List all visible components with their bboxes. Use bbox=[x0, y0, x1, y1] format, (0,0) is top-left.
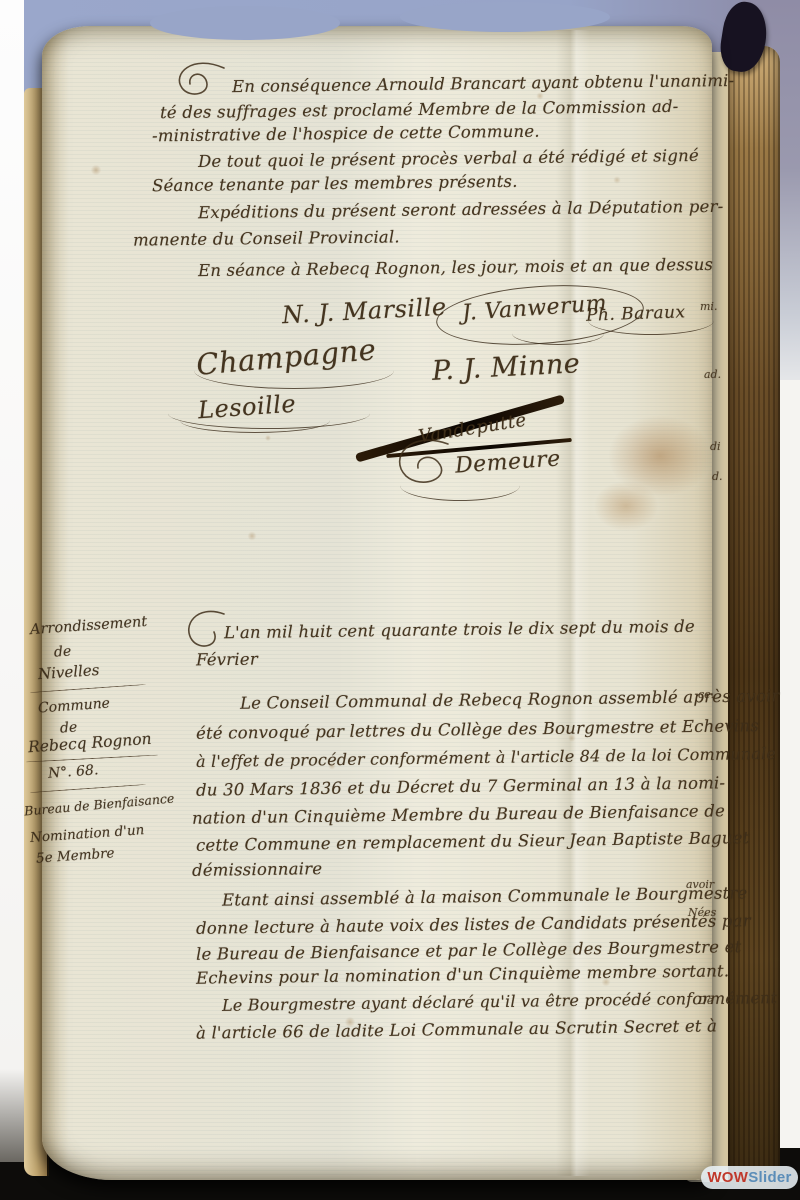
signature-flourish bbox=[180, 408, 330, 433]
edge-text-fragment: ce. bbox=[698, 688, 714, 701]
watermark-wow-label: WOW bbox=[707, 1169, 748, 1186]
watermark-slider-label: Slider bbox=[748, 1169, 791, 1186]
text-line: manente du Conseil Provincial. bbox=[133, 227, 400, 249]
signature-flourish bbox=[588, 306, 714, 335]
signature-flourish bbox=[194, 352, 394, 389]
page-top-wave bbox=[400, 2, 610, 32]
photograph-of-manuscript: En conséquence Arnould Brancart ayant ob… bbox=[0, 0, 800, 1200]
page-top-wave bbox=[150, 6, 340, 40]
text-line: Février bbox=[196, 650, 258, 670]
wowslider-watermark[interactable]: WOWSlider bbox=[701, 1166, 798, 1189]
book-fore-edge bbox=[728, 46, 780, 1188]
edge-text-fragment: mi. bbox=[700, 300, 717, 313]
signature-flourish bbox=[400, 470, 520, 501]
edge-text-fragment: ad. bbox=[704, 368, 721, 381]
signature-flourish bbox=[512, 322, 604, 345]
edge-text-fragment: Nées bbox=[688, 906, 716, 919]
edge-text-fragment: avoir bbox=[686, 878, 714, 891]
photo-border-left bbox=[0, 0, 26, 1162]
edge-text-fragment: d. bbox=[712, 470, 723, 483]
edge-text-fragment: di bbox=[710, 440, 721, 453]
margin-note-de: de bbox=[53, 643, 71, 660]
edge-text-fragment: De bbox=[698, 994, 713, 1007]
text-line: démissionnaire bbox=[192, 859, 322, 880]
